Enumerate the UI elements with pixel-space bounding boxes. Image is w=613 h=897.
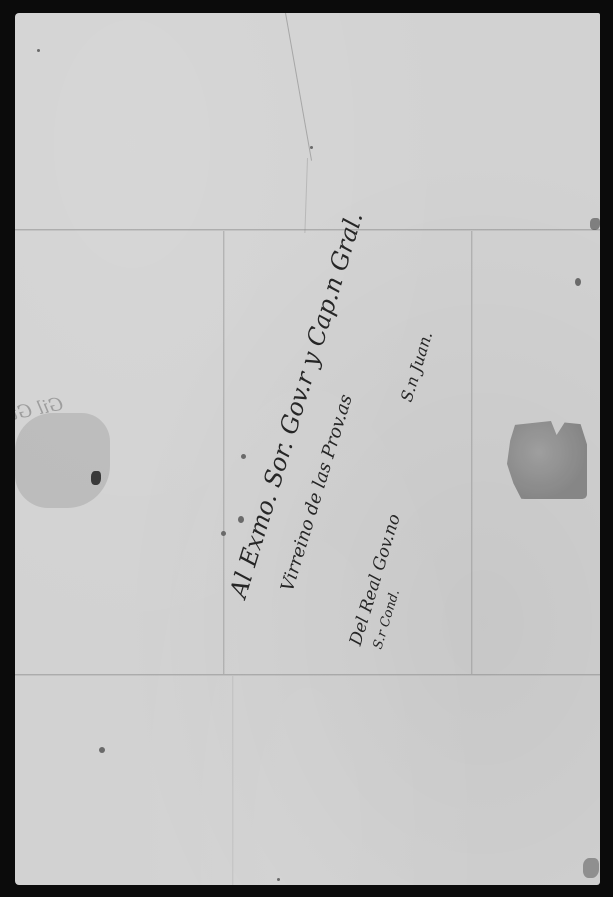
paper-crease [285,13,312,161]
place-note: S.n Juan. [397,329,436,404]
ink-speck [37,49,40,52]
ink-speck [221,531,226,536]
fold-line-top [15,229,600,231]
wax-seal-remnant [507,421,587,499]
ink-speck [575,278,581,286]
letter-paper: Gil Guardia Al Exmo. Sor. Gov.r y Cap.n … [15,13,600,885]
ink-speck [238,516,244,523]
fold-line-left [223,231,225,674]
fold-line-right [471,231,473,674]
ink-speck [277,878,280,881]
ink-speck [241,454,246,459]
stain-bottom-right [583,858,599,878]
ink-speck [310,146,313,149]
water-stain-left [15,413,110,508]
ink-speck [99,747,105,753]
ink-blot-left [91,471,101,485]
paper-crease-2 [304,158,308,233]
fold-line-bottom [15,674,600,676]
stain-right-edge [590,218,600,230]
fold-line-faint-lower [232,676,234,885]
